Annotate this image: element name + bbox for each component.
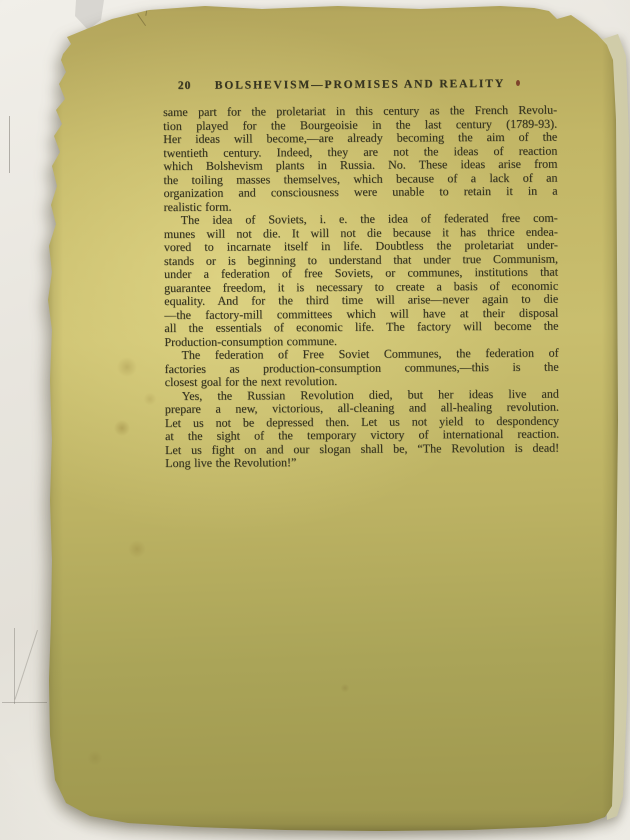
text-line: Long live the Revolution!”	[165, 455, 559, 471]
page-stack: 20 BOLSHEVISM—PROMISES AND REALITY same …	[0, 0, 630, 840]
printed-text: 20 BOLSHEVISM—PROMISES AND REALITY same …	[0, 0, 630, 840]
page-number: 20	[178, 79, 192, 93]
running-title: BOLSHEVISM—PROMISES AND REALITY	[163, 77, 557, 93]
body-text: same part for the proletariat in this ce…	[163, 104, 559, 471]
text-line: all the essentials of economic life. The…	[164, 320, 558, 336]
page-header: 20 BOLSHEVISM—PROMISES AND REALITY	[163, 77, 557, 93]
ink-speck	[582, 10, 585, 13]
text-line: Let us fight on and our slogan shall be,…	[165, 441, 559, 457]
photograph-of-book-page: 20 BOLSHEVISM—PROMISES AND REALITY same …	[0, 0, 630, 840]
book-page: 20 BOLSHEVISM—PROMISES AND REALITY same …	[0, 0, 630, 840]
text-line: organization and consciousness were unab…	[164, 185, 558, 201]
text-line: factories as production-consumption comm…	[165, 360, 559, 376]
